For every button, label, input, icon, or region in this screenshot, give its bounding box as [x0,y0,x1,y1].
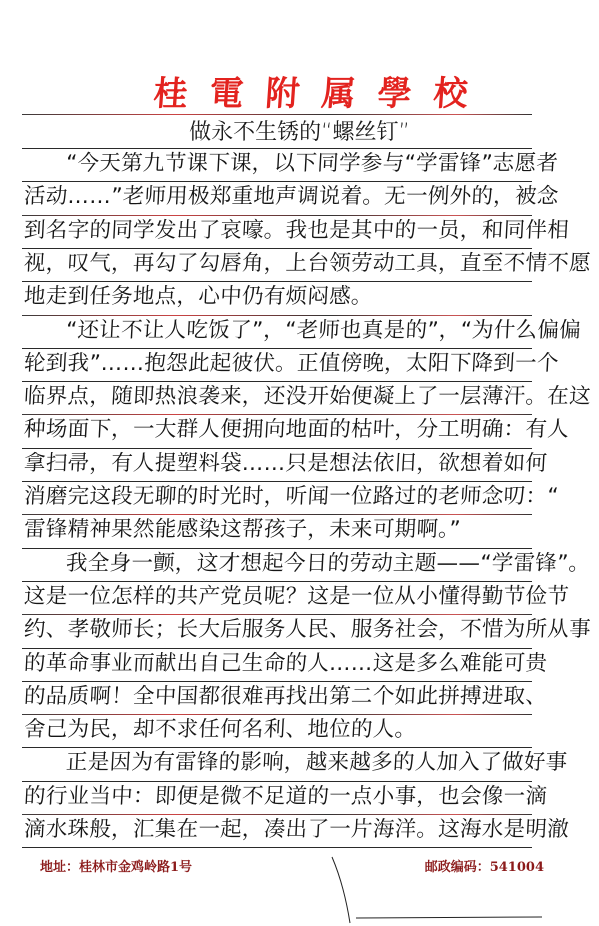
essay-line: 活动……”老师用极郑重地声调说着。无一例外的，被念 [23,182,545,212]
essay-line: 雷锋精神果然能感染这帮孩子，未来可期啊。” [23,515,545,545]
essay-line: 轮到我”……抱怨此起彼伏。正值傍晚，太阳下降到一个 [23,349,545,379]
essay-line: 消磨完这段无聊的时光时，听闻一位路过的老师念叨：“ [23,482,545,512]
essay-line: 舍己为民，却不求任何名利、地位的人。 [23,715,545,745]
pen-stroke-mark [330,855,550,925]
essay-line: 这是一位怎样的共产党员呢？这是一位从小懂得勤节俭节 [23,582,545,612]
essay-line: 地走到任务地点，心中仍有烦闷感。 [23,282,545,312]
essay-line: 到名字的同学发出了哀嚎。我也是其中的一员，和同伴相 [23,216,545,246]
essay-line: 种场面下，一大群人便拥向地面的枯叶，分工明确：有人 [23,415,545,445]
essay-line: 拿扫帚，有人提塑料袋……只是想法依旧，欲想着如何 [23,449,545,479]
header-divider [22,114,532,115]
essay-line: 我全身一颤，这才想起今日的劳动主题——“学雷锋”。 [23,549,545,579]
ruled-line [22,847,532,848]
essay-title: 做永不生锈的“螺丝钉” [0,118,599,148]
essay-line: 的革命事业而献出自己生命的人……这是多么难能可贵 [23,649,545,679]
essay-line: 滴水珠般，汇集在一起，凑出了一片海洋。这海水是明澈 [23,815,545,845]
essay-line: 的品质啊！全中国都很难再找出第二个如此拼搏进取、 [23,682,545,712]
essay-line: 约、孝敬师长；长大后服务人民、服务社会，不惜为所从事 [23,615,545,645]
essay-line: 正是因为有雷锋的影响，越来越多的人加入了做好事 [23,748,545,778]
essay-line: 视，叹气，再勾了勾唇角，上台领劳动工具，直至不情不愿 [23,249,545,279]
footer-address: 地址：桂林市金鸡岭路1号 [40,856,192,875]
essay-line: “还让不让人吃饭了”，“老师也真是的”，“为什么偏偏 [23,316,545,346]
essay-line: 临界点，随即热浪袭来，还没开始便凝上了一层薄汗。在这 [23,382,545,412]
essay-line: 的行业当中：即便是微不足道的一点小事，也会像一滴 [23,782,545,812]
school-name-header: 桂電附属學校 [0,72,599,116]
letterhead-page: 桂電附属學校 做永不生锈的“螺丝钉” “今天第九节课下课，以下同学参与“学雷锋”… [0,0,599,926]
essay-line: “今天第九节课下课，以下同学参与“学雷锋”志愿者 [23,149,545,179]
